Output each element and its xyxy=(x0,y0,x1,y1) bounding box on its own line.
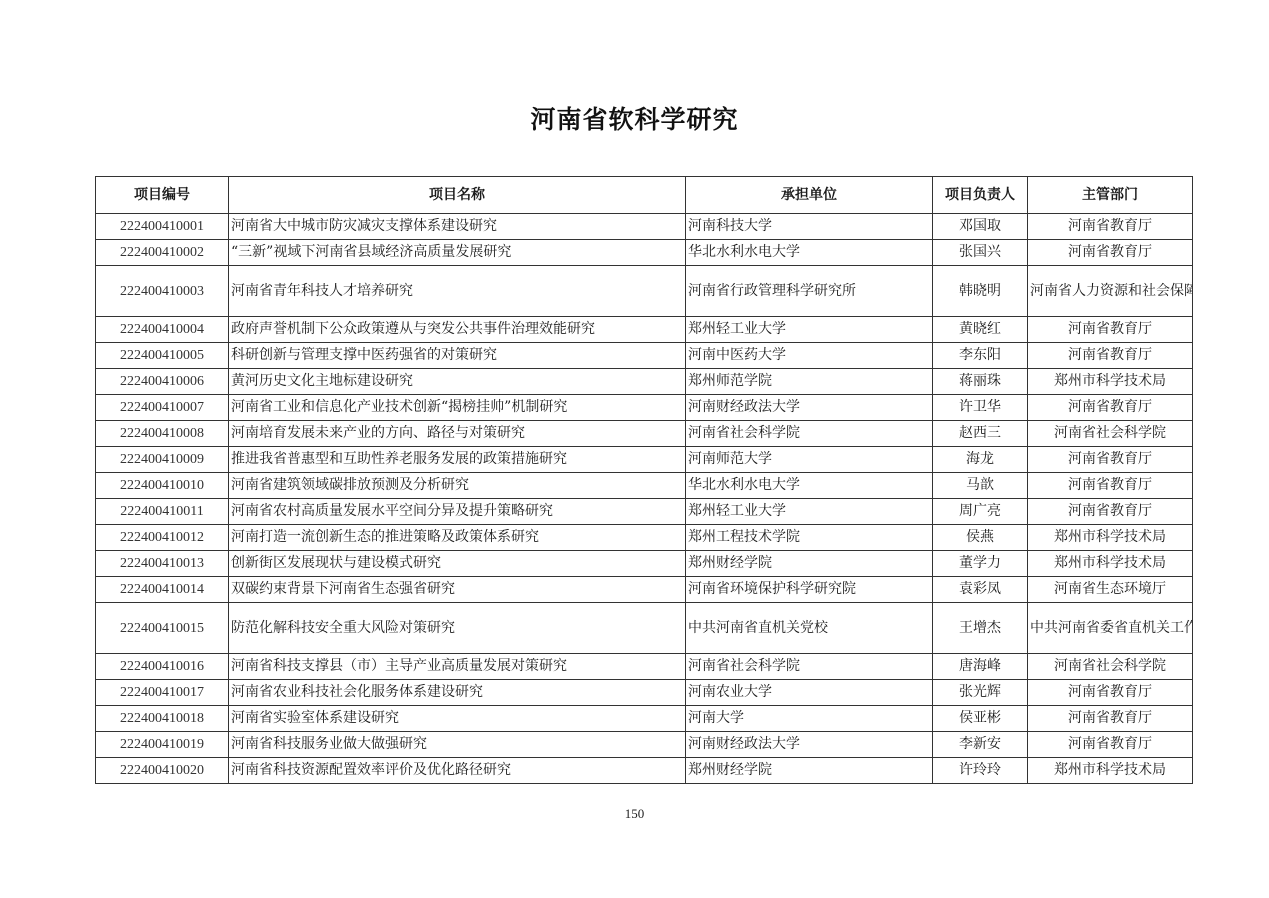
cell-unit: 河南省环境保护科学研究院 xyxy=(686,577,933,603)
table-row: 222400410001 河南省大中城市防灾减灾支撑体系建设研究 河南科技大学 … xyxy=(96,214,1193,240)
table-row: 222400410004 政府声誉机制下公众政策遵从与突发公共事件治理效能研究 … xyxy=(96,317,1193,343)
cell-project-name: 河南省科技支撑县（市）主导产业高质量发展对策研究 xyxy=(229,654,686,680)
cell-project-id: 222400410010 xyxy=(96,473,229,499)
table-row: 222400410007 河南省工业和信息化产业技术创新“揭榜挂帅”机制研究 河… xyxy=(96,395,1193,421)
cell-project-id: 222400410014 xyxy=(96,577,229,603)
cell-unit: 郑州轻工业大学 xyxy=(686,317,933,343)
cell-unit: 郑州师范学院 xyxy=(686,369,933,395)
cell-project-name: 河南打造一流创新生态的推进策略及政策体系研究 xyxy=(229,525,686,551)
cell-unit: 河南财经政法大学 xyxy=(686,732,933,758)
cell-project-id: 222400410015 xyxy=(96,603,229,654)
cell-project-id: 222400410008 xyxy=(96,421,229,447)
table-row: 222400410016 河南省科技支撑县（市）主导产业高质量发展对策研究 河南… xyxy=(96,654,1193,680)
table-header-row: 项目编号 项目名称 承担单位 项目负责人 主管部门 xyxy=(96,177,1193,214)
cell-lead: 侯亚彬 xyxy=(933,706,1028,732)
cell-dept: 河南省人力资源和社会保障厅 xyxy=(1028,266,1193,317)
header-project-lead: 项目负责人 xyxy=(933,177,1028,214)
header-project-name: 项目名称 xyxy=(229,177,686,214)
cell-unit: 中共河南省直机关党校 xyxy=(686,603,933,654)
cell-dept: 河南省教育厅 xyxy=(1028,732,1193,758)
cell-dept: 河南省教育厅 xyxy=(1028,499,1193,525)
cell-dept: 河南省社会科学院 xyxy=(1028,654,1193,680)
cell-dept: 河南省教育厅 xyxy=(1028,706,1193,732)
table-row: 222400410003 河南省青年科技人才培养研究 河南省行政管理科学研究所 … xyxy=(96,266,1193,317)
table-row: 222400410008 河南培育发展未来产业的方向、路径与对策研究 河南省社会… xyxy=(96,421,1193,447)
cell-unit: 河南大学 xyxy=(686,706,933,732)
cell-dept: 河南省社会科学院 xyxy=(1028,421,1193,447)
cell-project-name: 河南省大中城市防灾减灾支撑体系建设研究 xyxy=(229,214,686,240)
cell-lead: 海龙 xyxy=(933,447,1028,473)
cell-unit: 河南科技大学 xyxy=(686,214,933,240)
cell-project-id: 222400410019 xyxy=(96,732,229,758)
cell-dept: 河南省教育厅 xyxy=(1028,240,1193,266)
cell-project-id: 222400410007 xyxy=(96,395,229,421)
cell-project-name: 河南省工业和信息化产业技术创新“揭榜挂帅”机制研究 xyxy=(229,395,686,421)
cell-project-id: 222400410005 xyxy=(96,343,229,369)
cell-project-name: 科研创新与管理支撑中医药强省的对策研究 xyxy=(229,343,686,369)
cell-unit: 河南师范大学 xyxy=(686,447,933,473)
cell-lead: 许卫华 xyxy=(933,395,1028,421)
cell-lead: 马歆 xyxy=(933,473,1028,499)
cell-project-id: 222400410017 xyxy=(96,680,229,706)
cell-lead: 唐海峰 xyxy=(933,654,1028,680)
table-row: 222400410020 河南省科技资源配置效率评价及优化路径研究 郑州财经学院… xyxy=(96,758,1193,784)
cell-dept: 郑州市科学技术局 xyxy=(1028,551,1193,577)
table-row: 222400410015 防范化解科技安全重大风险对策研究 中共河南省直机关党校… xyxy=(96,603,1193,654)
cell-unit: 河南省行政管理科学研究所 xyxy=(686,266,933,317)
page-title: 河南省软科学研究 xyxy=(0,100,1269,136)
cell-dept: 河南省教育厅 xyxy=(1028,395,1193,421)
cell-unit: 华北水利水电大学 xyxy=(686,240,933,266)
cell-dept: 河南省教育厅 xyxy=(1028,473,1193,499)
cell-unit: 郑州轻工业大学 xyxy=(686,499,933,525)
cell-unit: 河南农业大学 xyxy=(686,680,933,706)
cell-project-name: 河南省农业科技社会化服务体系建设研究 xyxy=(229,680,686,706)
page-number: 150 xyxy=(0,806,1269,822)
projects-table: 项目编号 项目名称 承担单位 项目负责人 主管部门 222400410001 河… xyxy=(95,176,1193,784)
cell-project-id: 222400410004 xyxy=(96,317,229,343)
table-row: 222400410005 科研创新与管理支撑中医药强省的对策研究 河南中医药大学… xyxy=(96,343,1193,369)
table-row: 222400410002 “三新”视域下河南省县域经济高质量发展研究 华北水利水… xyxy=(96,240,1193,266)
cell-project-name: 河南省农村高质量发展水平空间分异及提升策略研究 xyxy=(229,499,686,525)
table-row: 222400410017 河南省农业科技社会化服务体系建设研究 河南农业大学 张… xyxy=(96,680,1193,706)
header-project-id: 项目编号 xyxy=(96,177,229,214)
table-row: 222400410011 河南省农村高质量发展水平空间分异及提升策略研究 郑州轻… xyxy=(96,499,1193,525)
cell-dept: 河南省教育厅 xyxy=(1028,343,1193,369)
cell-project-id: 222400410013 xyxy=(96,551,229,577)
cell-project-name: 河南培育发展未来产业的方向、路径与对策研究 xyxy=(229,421,686,447)
cell-project-id: 222400410003 xyxy=(96,266,229,317)
cell-dept: 河南省教育厅 xyxy=(1028,447,1193,473)
table-row: 222400410018 河南省实验室体系建设研究 河南大学 侯亚彬 河南省教育… xyxy=(96,706,1193,732)
cell-lead: 王增杰 xyxy=(933,603,1028,654)
table-row: 222400410019 河南省科技服务业做大做强研究 河南财经政法大学 李新安… xyxy=(96,732,1193,758)
cell-lead: 黄晓红 xyxy=(933,317,1028,343)
cell-dept: 河南省教育厅 xyxy=(1028,214,1193,240)
cell-dept: 郑州市科学技术局 xyxy=(1028,758,1193,784)
header-competent-dept: 主管部门 xyxy=(1028,177,1193,214)
cell-project-id: 222400410020 xyxy=(96,758,229,784)
cell-lead: 蒋丽珠 xyxy=(933,369,1028,395)
cell-project-name: 河南省实验室体系建设研究 xyxy=(229,706,686,732)
cell-unit: 郑州财经学院 xyxy=(686,551,933,577)
cell-project-id: 222400410009 xyxy=(96,447,229,473)
cell-unit: 华北水利水电大学 xyxy=(686,473,933,499)
cell-unit: 河南财经政法大学 xyxy=(686,395,933,421)
table-row: 222400410009 推进我省普惠型和互助性养老服务发展的政策措施研究 河南… xyxy=(96,447,1193,473)
cell-lead: 董学力 xyxy=(933,551,1028,577)
table-row: 222400410014 双碳约束背景下河南省生态强省研究 河南省环境保护科学研… xyxy=(96,577,1193,603)
cell-lead: 赵西三 xyxy=(933,421,1028,447)
cell-lead: 李东阳 xyxy=(933,343,1028,369)
cell-unit: 郑州财经学院 xyxy=(686,758,933,784)
table-row: 222400410010 河南省建筑领域碳排放预测及分析研究 华北水利水电大学 … xyxy=(96,473,1193,499)
cell-project-id: 222400410002 xyxy=(96,240,229,266)
table-row: 222400410012 河南打造一流创新生态的推进策略及政策体系研究 郑州工程… xyxy=(96,525,1193,551)
cell-project-name: 政府声誉机制下公众政策遵从与突发公共事件治理效能研究 xyxy=(229,317,686,343)
cell-lead: 邓国取 xyxy=(933,214,1028,240)
cell-project-name: 双碳约束背景下河南省生态强省研究 xyxy=(229,577,686,603)
cell-dept: 郑州市科学技术局 xyxy=(1028,369,1193,395)
cell-project-name: 防范化解科技安全重大风险对策研究 xyxy=(229,603,686,654)
cell-project-name: 创新街区发展现状与建设模式研究 xyxy=(229,551,686,577)
cell-project-name: 黄河历史文化主地标建设研究 xyxy=(229,369,686,395)
table-row: 222400410013 创新街区发展现状与建设模式研究 郑州财经学院 董学力 … xyxy=(96,551,1193,577)
cell-unit: 郑州工程技术学院 xyxy=(686,525,933,551)
cell-project-name: 河南省建筑领域碳排放预测及分析研究 xyxy=(229,473,686,499)
cell-dept: 郑州市科学技术局 xyxy=(1028,525,1193,551)
cell-project-name: 推进我省普惠型和互助性养老服务发展的政策措施研究 xyxy=(229,447,686,473)
cell-lead: 韩晓明 xyxy=(933,266,1028,317)
cell-lead: 侯燕 xyxy=(933,525,1028,551)
cell-lead: 张国兴 xyxy=(933,240,1028,266)
cell-project-name: 河南省青年科技人才培养研究 xyxy=(229,266,686,317)
cell-unit: 河南省社会科学院 xyxy=(686,654,933,680)
table-row: 222400410006 黄河历史文化主地标建设研究 郑州师范学院 蒋丽珠 郑州… xyxy=(96,369,1193,395)
cell-project-name: 河南省科技资源配置效率评价及优化路径研究 xyxy=(229,758,686,784)
cell-unit: 河南省社会科学院 xyxy=(686,421,933,447)
cell-dept: 河南省教育厅 xyxy=(1028,680,1193,706)
cell-dept: 中共河南省委省直机关工作委员会 xyxy=(1028,603,1193,654)
cell-dept: 河南省生态环境厅 xyxy=(1028,577,1193,603)
cell-unit: 河南中医药大学 xyxy=(686,343,933,369)
cell-project-id: 222400410001 xyxy=(96,214,229,240)
cell-project-name: “三新”视域下河南省县域经济高质量发展研究 xyxy=(229,240,686,266)
cell-lead: 袁彩凤 xyxy=(933,577,1028,603)
cell-project-id: 222400410012 xyxy=(96,525,229,551)
cell-project-name: 河南省科技服务业做大做强研究 xyxy=(229,732,686,758)
cell-lead: 张光辉 xyxy=(933,680,1028,706)
cell-project-id: 222400410016 xyxy=(96,654,229,680)
cell-dept: 河南省教育厅 xyxy=(1028,317,1193,343)
cell-lead: 周广亮 xyxy=(933,499,1028,525)
cell-project-id: 222400410006 xyxy=(96,369,229,395)
header-undertaking-unit: 承担单位 xyxy=(686,177,933,214)
cell-project-id: 222400410018 xyxy=(96,706,229,732)
cell-project-id: 222400410011 xyxy=(96,499,229,525)
cell-lead: 李新安 xyxy=(933,732,1028,758)
cell-lead: 许玲玲 xyxy=(933,758,1028,784)
